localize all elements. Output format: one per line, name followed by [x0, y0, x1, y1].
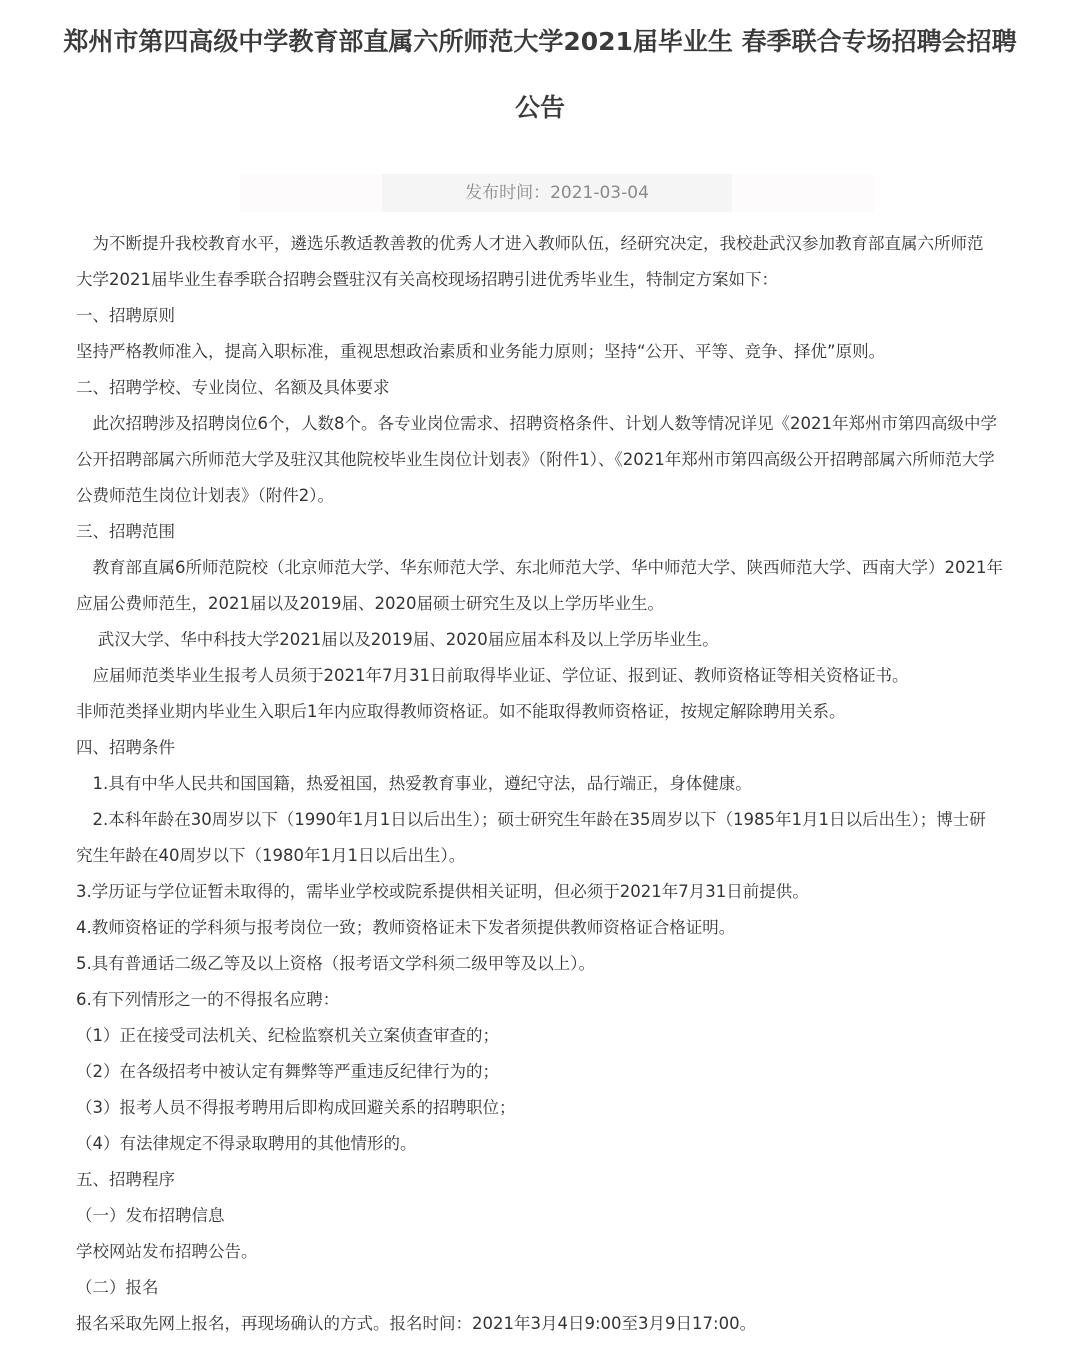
condition-item-1: 1.具有中华人民共和国国籍，热爱祖国，热爱教育事业，遵纪守法，品行端正，身体健康…	[76, 766, 1066, 802]
section-3-text-certificates: 应届师范类毕业生报考人员须于2021年7月31日前取得毕业证、学位证、报到证、教…	[76, 658, 1066, 694]
intro-paragraph-cont: 大学2021届毕业生春季联合招聘会暨驻汉有关高校现场招聘引进优秀毕业生，特制定方…	[76, 262, 1066, 298]
section-2-heading: 二、招聘学校、专业岗位、名额及具体要求	[76, 370, 1066, 406]
exclusion-item: （1）正在接受司法机关、纪检监察机关立案侦查审查的；	[76, 1018, 1066, 1054]
intro-paragraph: 为不断提升我校教育水平，遴选乐教适教善教的优秀人才进入教师队伍，经研究决定，我校…	[76, 226, 1066, 262]
condition-item-4: 4.教师资格证的学科须与报考岗位一致；教师资格证未下发者须提供教师资格证合格证明…	[76, 910, 1066, 946]
section-3-heading: 三、招聘范围	[76, 514, 1066, 550]
page-title-line-2: 公告	[0, 88, 1080, 124]
procedure-step-1-heading: （一）发布招聘信息	[76, 1198, 1066, 1234]
section-2-text-cont: 公开招聘部属六所师范大学及驻汉其他院校毕业生岗位计划表》（附件1）、《2021年…	[76, 442, 1066, 478]
section-3-text-universities: 武汉大学、华中科技大学2021届以及2019届、2020届应届本科及以上学历毕业…	[76, 622, 1066, 658]
section-4-heading: 四、招聘条件	[76, 730, 1066, 766]
procedure-step-2-text: 报名采取先网上报名，再现场确认的方式。报名时间：2021年3月4日9:00至3月…	[76, 1306, 1066, 1342]
section-2-text: 此次招聘涉及招聘岗位6个，人数8个。各专业岗位需求、招聘资格条件、计划人数等情况…	[76, 406, 1066, 442]
exclusion-item: （3）报考人员不得报考聘用后即构成回避关系的招聘职位；	[76, 1090, 1066, 1126]
section-5-heading: 五、招聘程序	[76, 1162, 1066, 1198]
section-1-heading: 一、招聘原则	[76, 298, 1066, 334]
condition-item-2-cont: 究生年龄在40周岁以下（1980年1月1日以后出生）。	[76, 838, 1066, 874]
section-3-text: 教育部直属6所师范院校（北京师范大学、华东师范大学、东北师范大学、华中师范大学、…	[76, 550, 1066, 586]
condition-item-3: 3.学历证与学位证暂未取得的，需毕业学校或院系提供相关证明，但必须于2021年7…	[76, 874, 1066, 910]
publish-date-label: 发布时间：	[465, 183, 550, 203]
section-2-text-cont: 公费师范生岗位计划表》（附件2）。	[76, 478, 1066, 514]
exclusion-item: （2）在各级招考中被认定有舞弊等严重违反纪律行为的；	[76, 1054, 1066, 1090]
procedure-step-1-text: 学校网站发布招聘公告。	[76, 1234, 1066, 1270]
publish-date-value: 2021-03-04	[550, 183, 649, 203]
condition-item-5: 5.具有普通话二级乙等及以上资格（报考语文学科须二级甲等及以上）。	[76, 946, 1066, 982]
procedure-step-2-heading: （二）报名	[76, 1270, 1066, 1306]
article-body: 为不断提升我校教育水平，遴选乐教适教善教的优秀人才进入教师队伍，经研究决定，我校…	[76, 226, 1066, 1342]
page-title-line-1: 郑州市第四高级中学教育部直属六所师范大学2021届毕业生 春季联合专场招聘会招聘	[0, 22, 1080, 58]
condition-item-6: 6.有下列情形之一的不得报名应聘：	[76, 982, 1066, 1018]
section-1-text: 坚持严格教师准入，提高入职标准，重视思想政治素质和业务能力原则；坚持“公开、平等…	[76, 334, 1066, 370]
condition-item-2: 2.本科年龄在30周岁以下（1990年1月1日以后出生）；硕士研究生年龄在35周…	[76, 802, 1066, 838]
publish-date-bar: 发布时间：2021-03-04	[240, 174, 874, 212]
exclusion-item: （4）有法律规定不得录取聘用的其他情形的。	[76, 1126, 1066, 1162]
section-3-text-cont: 应届公费师范生，2021届以及2019届、2020届硕士研究生及以上学历毕业生。	[76, 586, 1066, 622]
publish-date: 发布时间：2021-03-04	[382, 174, 732, 212]
section-3-text-non-normal: 非师范类择业期内毕业生入职后1年内应取得教师资格证。如不能取得教师资格证，按规定…	[76, 694, 1066, 730]
